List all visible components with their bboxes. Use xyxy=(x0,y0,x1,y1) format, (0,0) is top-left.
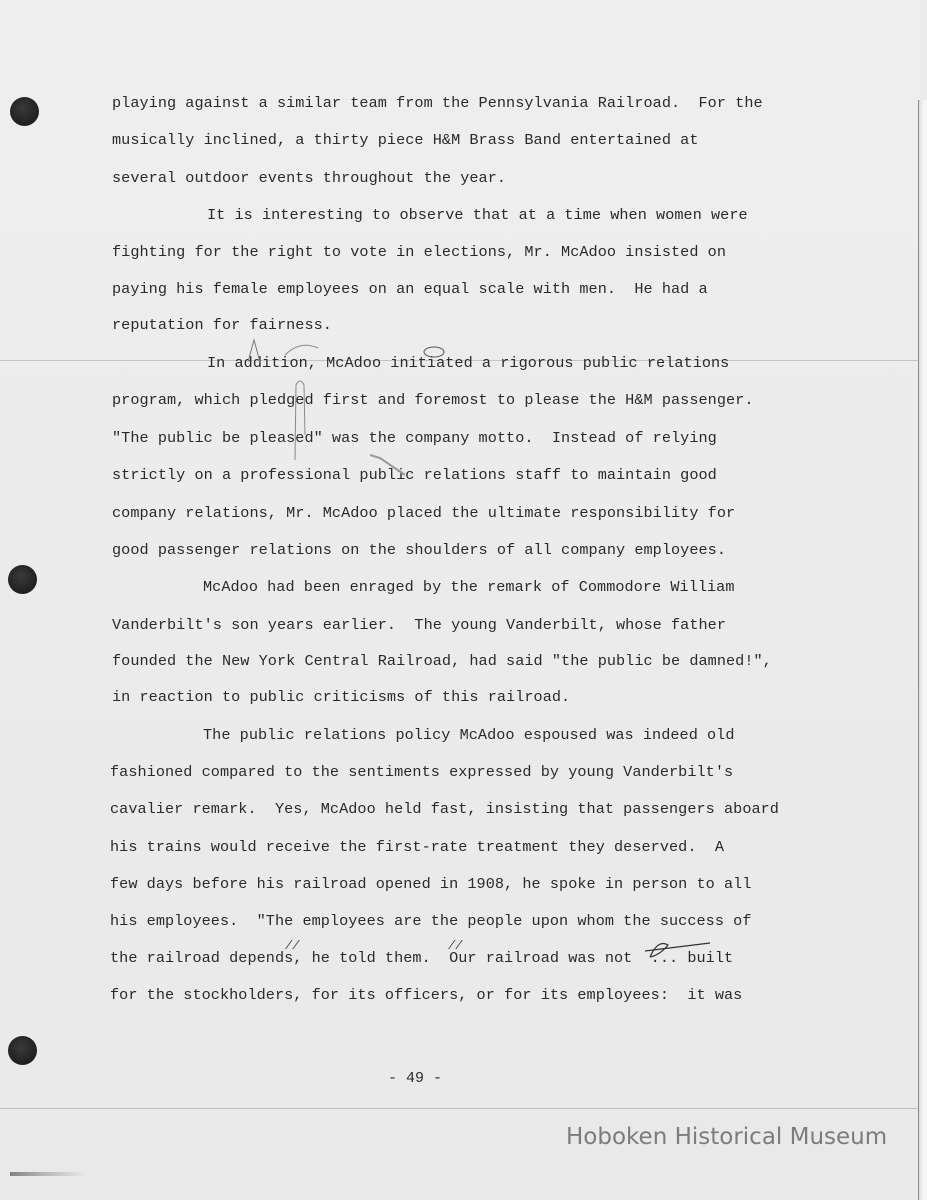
text-line: company relations, Mr. McAdoo placed the… xyxy=(112,506,735,521)
text-line: for the stockholders, for its officers, … xyxy=(110,988,742,1003)
text-line: "The public be pleased" was the company … xyxy=(112,431,717,446)
handwritten-stroke-mark xyxy=(290,375,310,465)
text-line: McAdoo had been enraged by the remark of… xyxy=(203,580,735,595)
text-line: program, which pledged first and foremos… xyxy=(112,393,753,408)
text-line: cavalier remark. Yes, McAdoo held fast, … xyxy=(110,802,779,817)
text-line: the railroad depends, he told them. Our … xyxy=(110,951,733,966)
text-line: In addition, McAdoo initiated a rigorous… xyxy=(207,356,729,371)
text-line: It is interesting to observe that at a t… xyxy=(207,208,748,223)
text-line: several outdoor events throughout the ye… xyxy=(112,171,506,186)
text-line: strictly on a professional public relati… xyxy=(112,468,717,483)
page-number: - 49 - xyxy=(388,1070,442,1087)
text-line: few days before his railroad opened in 1… xyxy=(110,877,751,892)
text-line: reputation for fairness. xyxy=(112,318,332,333)
text-line: musically inclined, a thirty piece H&M B… xyxy=(112,133,699,148)
text-line: The public relations policy McAdoo espou… xyxy=(203,728,735,743)
fold-line xyxy=(0,1108,920,1109)
text-line: playing against a similar team from the … xyxy=(112,96,763,111)
text-line: fighting for the right to vote in electi… xyxy=(112,245,726,260)
text-line: good passenger relations on the shoulder… xyxy=(112,543,726,558)
museum-watermark: Hoboken Historical Museum xyxy=(566,1124,887,1150)
text-line: his employees. "The employees are the pe… xyxy=(110,914,751,929)
hole-punch-bottom xyxy=(8,1036,37,1065)
page-edge xyxy=(918,100,927,1200)
document-page: playing against a similar team from the … xyxy=(0,0,920,1200)
text-line: his trains would receive the first-rate … xyxy=(110,840,724,855)
hole-punch-top xyxy=(10,97,39,126)
text-line: Vanderbilt's son years earlier. The youn… xyxy=(112,618,726,633)
text-line: founded the New York Central Railroad, h… xyxy=(112,654,772,669)
text-line: in reaction to public criticisms of this… xyxy=(112,690,570,705)
scan-smudge xyxy=(10,1172,85,1176)
hole-punch-middle xyxy=(8,565,37,594)
text-line: fashioned compared to the sentiments exp… xyxy=(110,765,733,780)
text-line: paying his female employees on an equal … xyxy=(112,282,708,297)
